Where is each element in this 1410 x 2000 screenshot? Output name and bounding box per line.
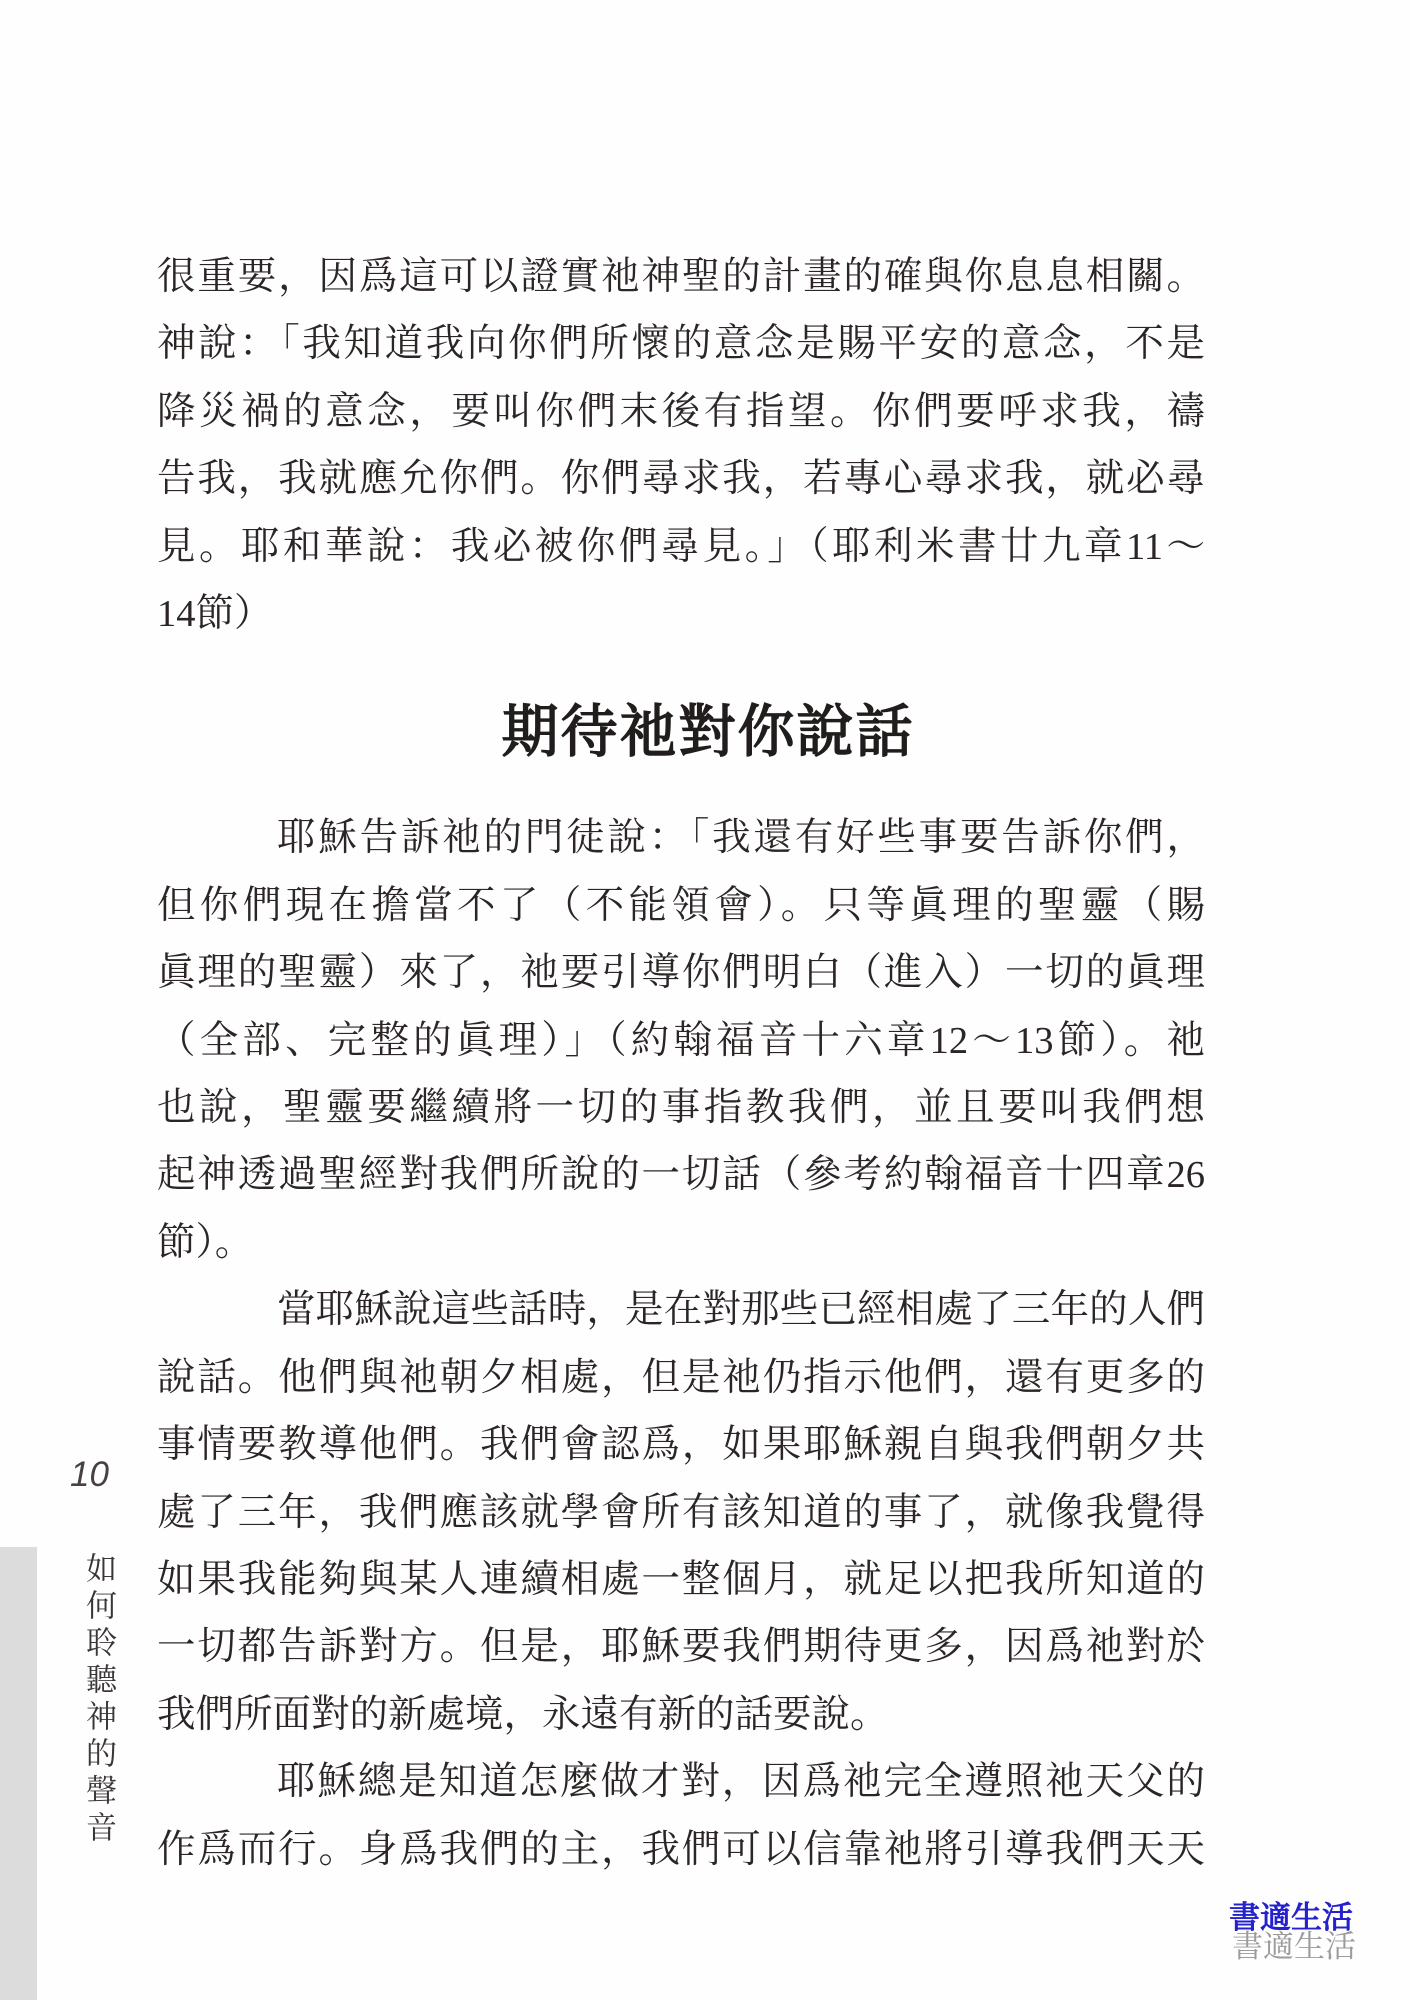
body-line: 節）。 bbox=[157, 1210, 1205, 1277]
body-line: 降災禍的意念，要叫你們末後有指望。你們要呼求我，禱 bbox=[157, 379, 1205, 446]
body-line: 見。耶和華說：我必被你們尋見。」（耶利米書廿九章11～ bbox=[157, 514, 1205, 581]
body-line: 但你們現在擔當不了（不能領會）。只等眞理的聖靈（賜 bbox=[157, 873, 1205, 940]
body-line: 起神透過聖經對我們所說的一切話（參考約翰福音十四章26 bbox=[157, 1142, 1205, 1209]
body-line: 也說，聖靈要繼續將一切的事指教我們，並且要叫我們想 bbox=[157, 1075, 1205, 1142]
paragraph-quote: 很重要，因爲這可以證實祂神聖的計畫的確與你息息相關。 神說：「我知道我向你們所懷… bbox=[157, 244, 1205, 648]
watermark: 書適生活 書適生活 bbox=[1229, 1903, 1356, 1961]
body-line: 如果我能夠與某人連續相處一整個月，就足以把我所知道的 bbox=[157, 1547, 1205, 1614]
watermark-secondary: 書適生活 bbox=[1232, 1932, 1356, 1961]
paragraph: 當耶穌說這些話時，是在對那些已經相處了三年的人們 說話。他們與祂朝夕相處，但是祂… bbox=[157, 1277, 1205, 1749]
book-page: 很重要，因爲這可以證實祂神聖的計畫的確與你息息相關。 神說：「我知道我向你們所懷… bbox=[0, 0, 1410, 2000]
section-heading: 期待祂對你說話 bbox=[184, 704, 1232, 761]
body-line: 說話。他們與祂朝夕相處，但是祂仍指示他們，還有更多的 bbox=[157, 1345, 1205, 1412]
body-line: （全部、完整的眞理）」（約翰福音十六章12～13節）。祂 bbox=[157, 1008, 1205, 1075]
body-line: 眞理的聖靈）來了，祂要引導你們明白（進入）一切的眞理 bbox=[157, 940, 1205, 1007]
body-line: 當耶穌說這些話時，是在對那些已經相處了三年的人們 bbox=[157, 1277, 1205, 1344]
body-line: 告我，我就應允你們。你們尋求我，若專心尋求我，就必尋 bbox=[157, 446, 1205, 513]
book-title-vertical: 如何聆聽神的聲音 bbox=[76, 1552, 121, 1862]
body-line: 神說：「我知道我向你們所懷的意念是賜平安的意念，不是 bbox=[157, 311, 1205, 378]
left-edge-tab bbox=[0, 1547, 37, 2000]
body-line: 耶穌總是知道怎麼做才對，因爲祂完全遵照祂天父的 bbox=[157, 1749, 1205, 1816]
body-line: 耶穌告訴祂的門徒說：「我還有好些事要告訴你們， bbox=[157, 805, 1205, 872]
body-line: 處了三年，我們應該就學會所有該知道的事了，就像我覺得 bbox=[157, 1480, 1205, 1547]
body-text-column: 很重要，因爲這可以證實祂神聖的計畫的確與你息息相關。 神說：「我知道我向你們所懷… bbox=[157, 244, 1205, 1884]
body-line: 我們所面對的新處境，永遠有新的話要說。 bbox=[157, 1682, 1205, 1749]
body-line: 作爲而行。身爲我們的主，我們可以信靠祂將引導我們天天 bbox=[157, 1817, 1205, 1884]
body-line: 一切都告訴對方。但是，耶穌要我們期待更多，因爲祂對於 bbox=[157, 1614, 1205, 1681]
page-number: 10 bbox=[70, 1455, 109, 1495]
body-line: 很重要，因爲這可以證實祂神聖的計畫的確與你息息相關。 bbox=[157, 244, 1205, 311]
body-line: 14節） bbox=[157, 581, 1205, 648]
paragraph: 耶穌告訴祂的門徒說：「我還有好些事要告訴你們， 但你們現在擔當不了（不能領會）。… bbox=[157, 805, 1205, 1277]
body-line: 事情要教導他們。我們會認爲，如果耶穌親自與我們朝夕共 bbox=[157, 1412, 1205, 1479]
paragraph: 耶穌總是知道怎麼做才對，因爲祂完全遵照祂天父的 作爲而行。身爲我們的主，我們可以… bbox=[157, 1749, 1205, 1884]
watermark-primary: 書適生活 bbox=[1229, 1903, 1356, 1932]
